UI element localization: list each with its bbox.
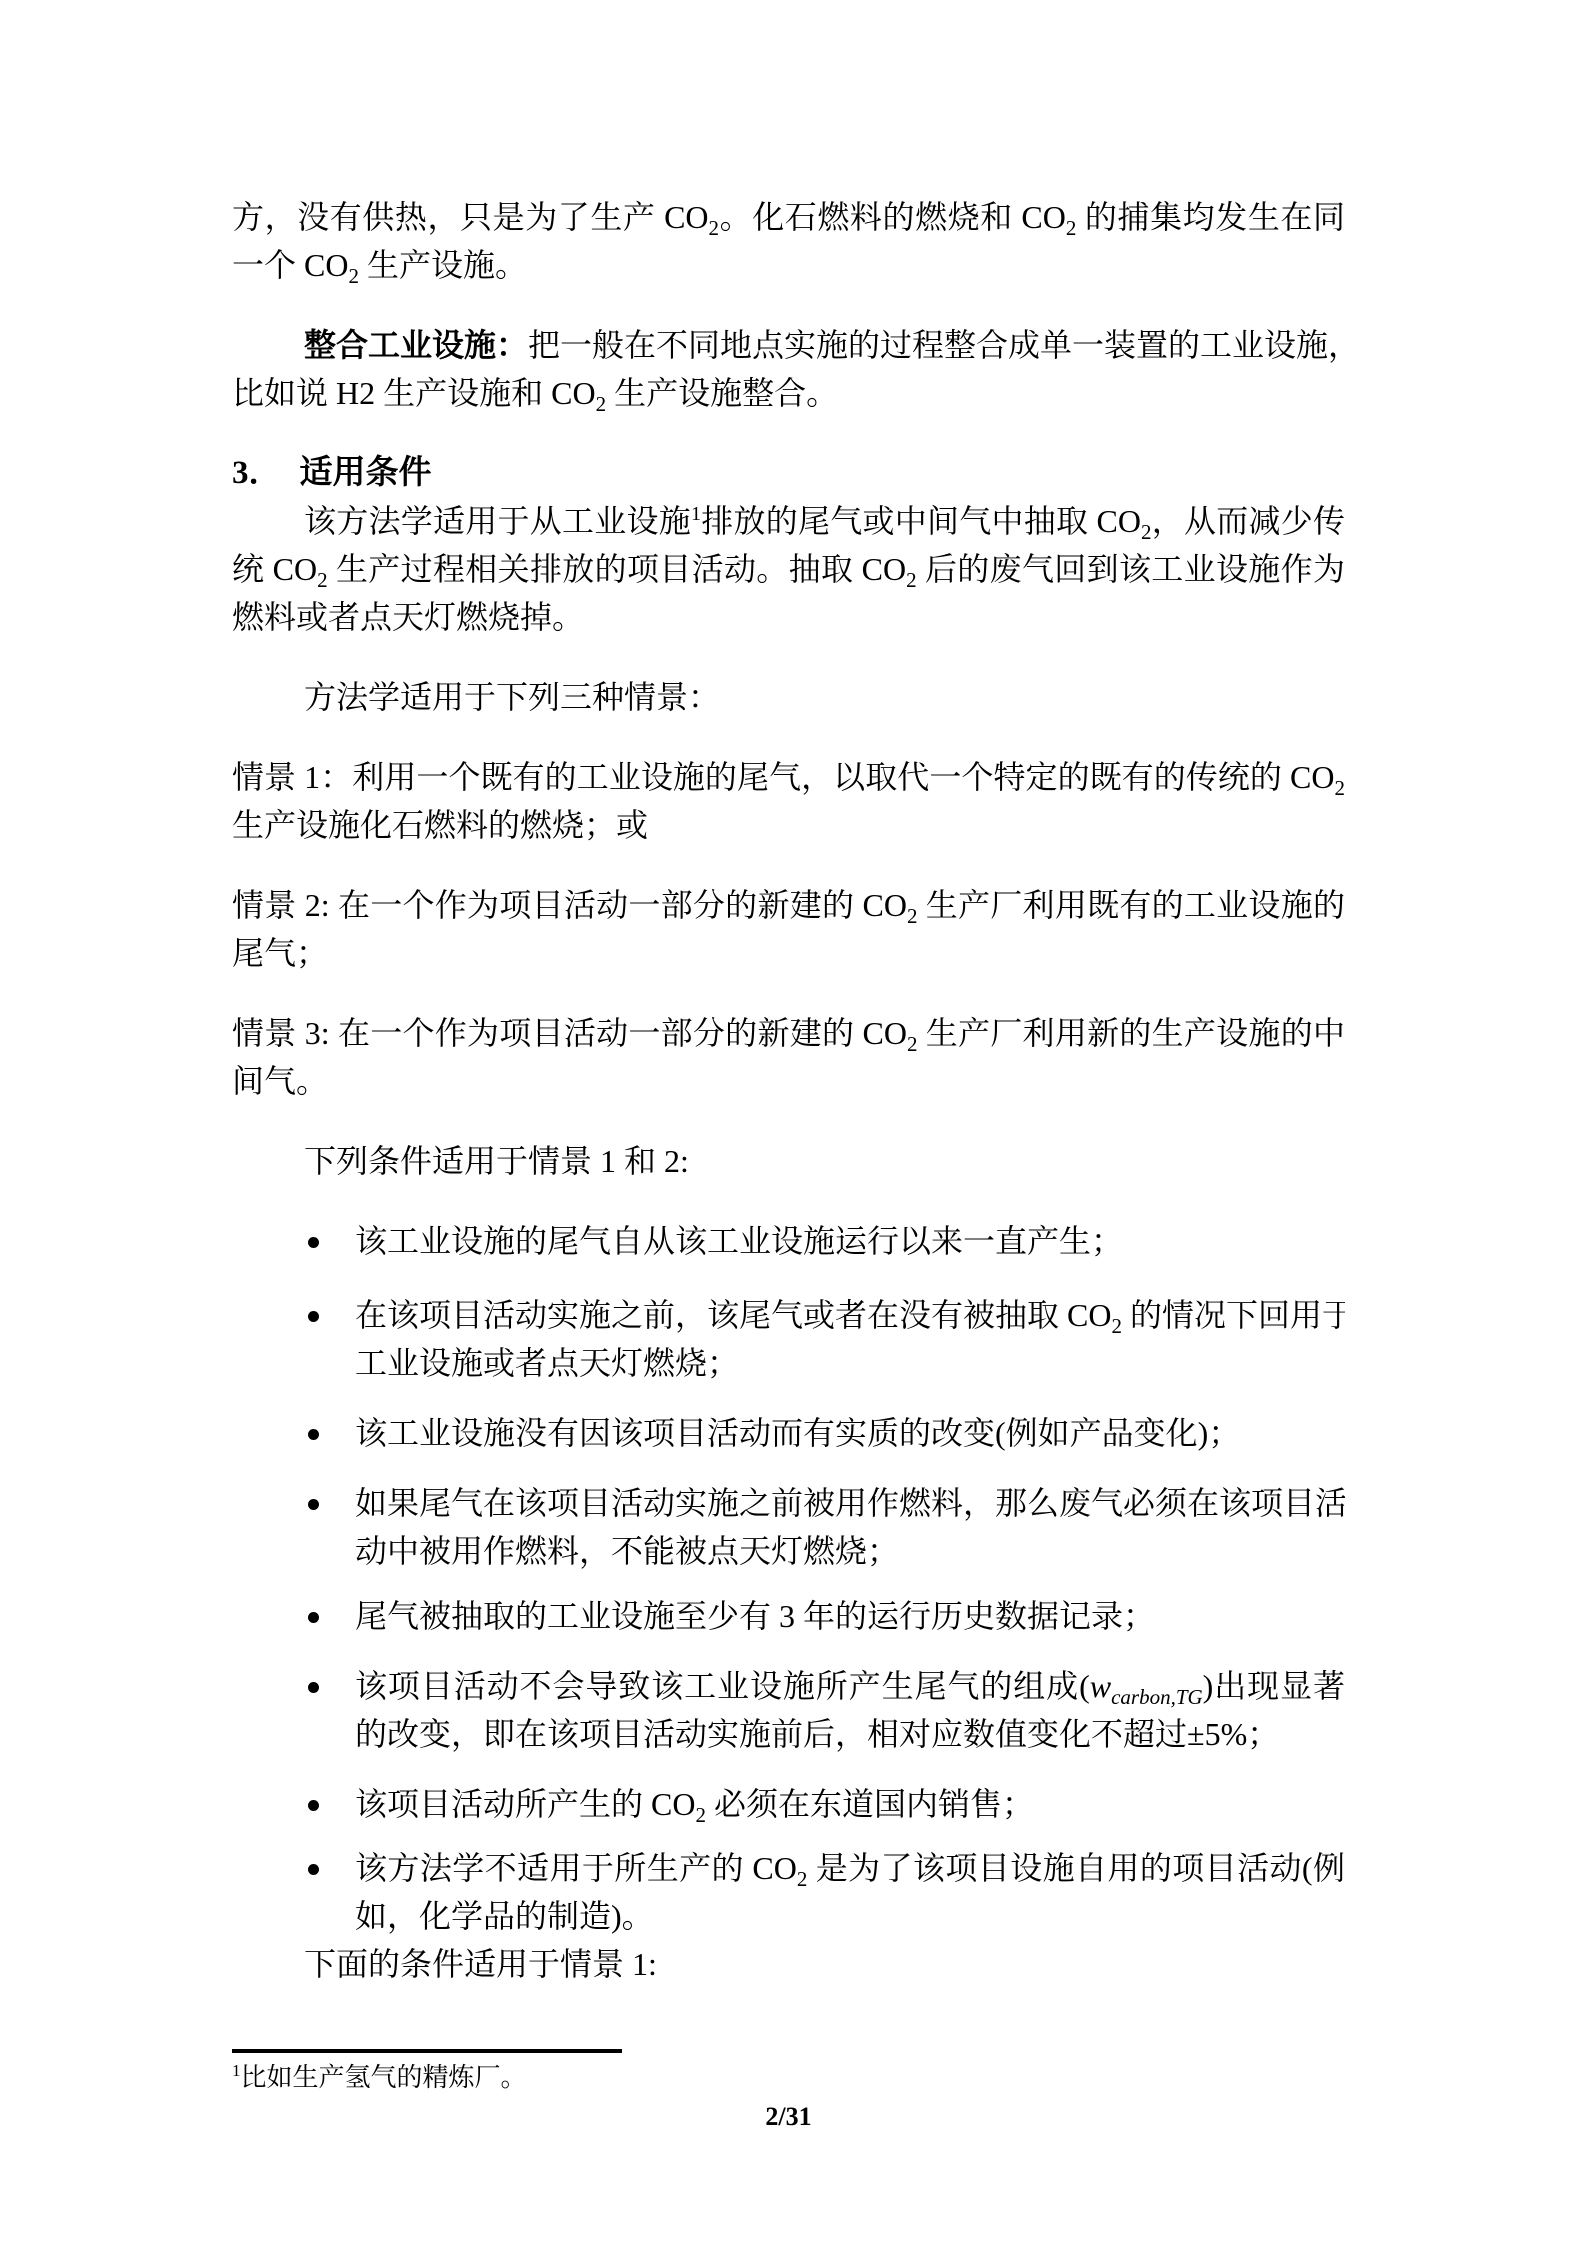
list-item: 该工业设施的尾气自从该工业设施运行以来一直产生； — [232, 1217, 1345, 1265]
bullet-icon — [308, 1682, 319, 1693]
text-line: 该方法学不适用于所生产的 CO2 是为了该项目设施自用的项目活动(例 — [355, 1844, 1345, 1892]
list-item: 该方法学不适用于所生产的 CO2 是为了该项目设施自用的项目活动(例 如，化学品… — [232, 1844, 1345, 1940]
text-line: 如果尾气在该项目活动实施之前被用作燃料，那么废气必须在该项目活 — [355, 1479, 1345, 1527]
footnote-divider — [232, 2049, 622, 2053]
text-line: 该方法学适用于从工业设施1排放的尾气或中间气中抽取 CO2，从而减少传 — [232, 497, 1345, 545]
text-line: 该项目活动不会导致该工业设施所产生尾气的组成(wcarbon,TG)出现显著 — [355, 1662, 1345, 1710]
document-page: 方，没有供热，只是为了生产 CO2。化石燃料的燃烧和 CO2 的捕集均发生在同 … — [0, 0, 1587, 2245]
page-number: 2/31 — [232, 2102, 1345, 2132]
footnote: 1比如生产氢气的精炼厂。 — [232, 2060, 1345, 2096]
text-line: 如，化学品的制造)。 — [355, 1892, 1345, 1940]
list-item: 该项目活动不会导致该工业设施所产生尾气的组成(wcarbon,TG)出现显著 的… — [232, 1662, 1345, 1758]
text-line: 动中被用作燃料，不能被点天灯燃烧； — [355, 1527, 1345, 1575]
bullet-icon — [308, 1612, 319, 1623]
bullet-icon — [308, 1800, 319, 1811]
bullet-icon — [308, 1499, 319, 1510]
text-line: 生产设施化石燃料的燃烧；或 — [232, 801, 1345, 849]
text-line: 情景 1：利用一个既有的工业设施的尾气，以取代一个特定的既有的传统的 CO2 — [232, 753, 1345, 801]
text-line: 情景 2: 在一个作为项目活动一部分的新建的 CO2 生产厂利用既有的工业设施的 — [232, 881, 1345, 929]
list-item: 该项目活动所产生的 CO2 必须在东道国内销售； — [232, 1780, 1345, 1828]
text-line: 方法学适用于下列三种情景： — [232, 673, 1345, 721]
text-line: 尾气； — [232, 929, 1345, 977]
text-line: 工业设施或者点天灯燃烧； — [355, 1339, 1345, 1387]
conditions-list: 该工业设施的尾气自从该工业设施运行以来一直产生； 在该项目活动实施之前，该尾气或… — [232, 1217, 1345, 1940]
text-line: 在该项目活动实施之前，该尾气或者在没有被抽取 CO2 的情况下回用于 — [355, 1291, 1345, 1339]
text-line: 该项目活动所产生的 CO2 必须在东道国内销售； — [355, 1780, 1345, 1828]
text-line: 下列条件适用于情景 1 和 2: — [232, 1137, 1345, 1185]
bullet-icon — [308, 1311, 319, 1322]
text-line: 间气。 — [232, 1057, 1345, 1105]
text-line: 该工业设施没有因该项目活动而有实质的改变(例如产品变化)； — [355, 1409, 1345, 1457]
section-number: 3． — [232, 455, 282, 491]
list-item: 该工业设施没有因该项目活动而有实质的改变(例如产品变化)； — [232, 1409, 1345, 1457]
bullet-icon — [308, 1864, 319, 1875]
text-line: 下面的条件适用于情景 1: — [232, 1940, 1345, 1988]
text-line: 情景 3: 在一个作为项目活动一部分的新建的 CO2 生产厂利用新的生产设施的中 — [232, 1009, 1345, 1057]
list-item: 在该项目活动实施之前，该尾气或者在没有被抽取 CO2 的情况下回用于 工业设施或… — [232, 1291, 1345, 1387]
text-line: 燃料或者点天灯燃烧掉。 — [232, 593, 1345, 641]
page-content: 方，没有供热，只是为了生产 CO2。化石燃料的燃烧和 CO2 的捕集均发生在同 … — [0, 0, 1587, 2132]
text-line: 比如说 H2 生产设施和 CO2 生产设施整合。 — [232, 369, 1345, 417]
section-title: 适用条件 — [300, 455, 432, 491]
text-line: 方，没有供热，只是为了生产 CO2。化石燃料的燃烧和 CO2 的捕集均发生在同 — [232, 193, 1345, 241]
text-line: 的改变，即在该项目活动实施前后，相对应数值变化不超过±5%； — [355, 1710, 1345, 1758]
text-line: 统 CO2 生产过程相关排放的项目活动。抽取 CO2 后的废气回到该工业设施作为 — [232, 545, 1345, 593]
list-item: 如果尾气在该项目活动实施之前被用作燃料，那么废气必须在该项目活 动中被用作燃料，… — [232, 1479, 1345, 1575]
text-line: 该工业设施的尾气自从该工业设施运行以来一直产生； — [355, 1217, 1345, 1265]
bullet-icon — [308, 1237, 319, 1248]
text-line: 一个 CO2 生产设施。 — [232, 241, 1345, 289]
list-item: 尾气被抽取的工业设施至少有 3 年的运行历史数据记录； — [232, 1592, 1345, 1640]
bullet-icon — [308, 1429, 319, 1440]
text-line: 尾气被抽取的工业设施至少有 3 年的运行历史数据记录； — [355, 1592, 1345, 1640]
text-line: 整合工业设施：把一般在不同地点实施的过程整合成单一装置的工业设施， — [232, 321, 1345, 369]
section-heading: 3．适用条件 — [232, 449, 1345, 497]
